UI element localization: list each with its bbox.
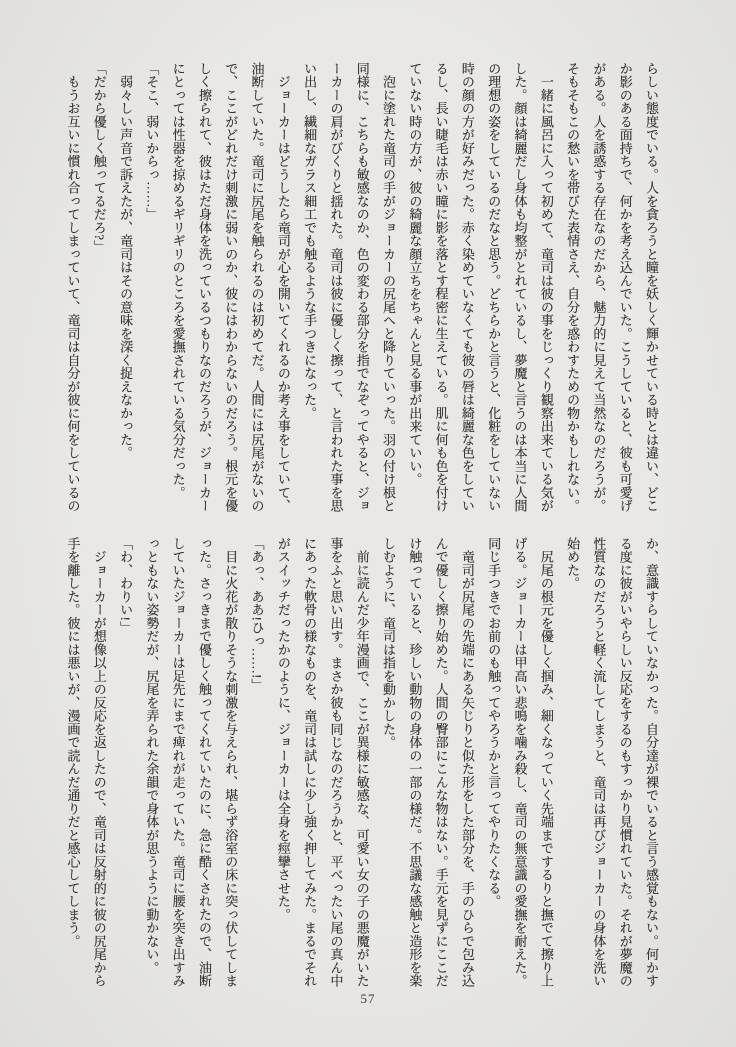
text-line: げる。ジョーカーは甲高い悲鳴を噛み殺し、竜司の無意識の愛撫を耐えた。 [506, 537, 532, 992]
text-line: しく擦られて、彼はただ身体を洗っているつもりなのだろうが、ジョーカー [191, 62, 217, 517]
text-line: か、意識すらしていなかった。自分達が裸でいると言う感覚もない。何かす [638, 537, 664, 992]
text-line: ーカーの肩がびくりと揺れた。竜司は彼に優しく擦って、と言われた事を思 [322, 62, 348, 517]
text-line: 「わ、わりい!」 [112, 537, 138, 992]
text-line: る度に彼がいやらしい反応をするのもすっかり見慣れていた。それが夢魔の [611, 537, 637, 992]
text-line: 一緒に風呂に入って初めて、竜司は彼の事をじっくり観察出来ている気が [533, 62, 559, 517]
text-line: 同様に、こちらも敏感なのか、色の変わる部分を指でなぞってやると、ジョ [348, 62, 374, 517]
lower-text-block: か、意識すらしていなかった。自分達が裸でいると言う感覚もない。何かす る度に彼が… [58, 537, 664, 995]
text-line: で、ここがどれだけ刺激に弱いのか、彼にはわからないのだろう。根元を優 [217, 62, 243, 517]
text-line: 時の顔の方が好みだった。赤く染めていなくても彼の唇は綺麗な色をしてい [454, 62, 480, 517]
text-line: 「だから優しく触ってるだろ?」 [85, 62, 111, 517]
text-line: 竜司が尻尾の先端にある矢じりと似た形をした部分を、手のひらで包み込 [454, 537, 480, 992]
text-line: した。顔は綺麗だし身体も均整がとれているし、夢魔と言うのは本当に人間 [506, 62, 532, 517]
scanned-book-page: らしい態度でいる。人を貪ろうと瞳を妖しく輝かせている時とは違い、どこ か影のある… [0, 0, 736, 1047]
text-line: らしい態度でいる。人を貪ろうと瞳を妖しく輝かせている時とは違い、どこ [638, 62, 664, 517]
text-line: がある。人を誘惑する存在なのだから、魅力的に見えて当然なのだろうが。 [585, 62, 611, 517]
text-line: 弱々しい声音で訴えたが、竜司はその意味を深く捉えなかった。 [112, 62, 138, 517]
text-line: 泡に塗れた竜司の手がジョーカーの尻尾へと降りていった。羽の付け根と [375, 62, 401, 517]
text-line: ジョーカーが想像以上の反応を返したので、竜司は反射的に彼の尻尾から [85, 537, 111, 992]
text-line: の理想の姿をしているのだなと思う。どちらかと言うと、化粧をしていない [480, 62, 506, 517]
text-line: にあった軟骨の様なものを、竜司は試しに少し強く押してみた。まるでそれ [296, 537, 322, 992]
text-line: 尻尾の根元を優しく掴み、細くなっていく先端までするりと撫でて擦り上 [533, 537, 559, 992]
text-line: 「そこ、弱いからっ……」 [138, 62, 164, 517]
text-line: にとっては性器を掠めるギリギリのところを愛撫されている気分だった。 [164, 62, 190, 517]
text-line: った。さっきまで優しく触ってくれていたのに、急に酷くされたので、油断 [191, 537, 217, 992]
text-line: っともない姿勢だが、尻尾を弄られた余韻で身体が思うように動かない。 [138, 537, 164, 992]
text-line: るし、長い睫毛は赤い瞳に影を落とす程密に生えている。肌に何も色を付け [427, 62, 453, 517]
text-line: 前に読んだ少年漫画で、ここが異様に敏感な、可愛い女の子の悪魔がいた [348, 537, 374, 992]
text-line: 手を離した。彼には悪いが、漫画で読んだ通りだと感心してしまう。 [59, 537, 85, 992]
text-line: 油断していた。竜司に尻尾を触られるのは初めてだ。人間には尻尾がないの [243, 62, 269, 517]
text-line: 性質なのだろうと軽く流してしまうと、竜司は再びジョーカーの身体を洗い [585, 537, 611, 992]
text-line: ジョーカーはどうしたら竜司が心を開いてくれるのか考え事をしていて、 [270, 62, 296, 517]
upper-text-block: らしい態度でいる。人を貪ろうと瞳を妖しく輝かせている時とは違い、どこ か影のある… [58, 62, 664, 520]
text-line: そもそもこの愁いを帯びた表情さえ、自分を惑わすための物かもしれない。 [559, 62, 585, 517]
text-line: 「あっ、ああ!ひっ……!」 [243, 537, 269, 992]
text-line: け触っていると、珍しい動物の身体の一部の様だ。不思議な感触と造形を楽 [401, 537, 427, 992]
page-number: 57 [0, 991, 736, 1007]
text-line: していたジョーカーは足先にまで痺れが走っていた。竜司に腰を突き出すみ [164, 537, 190, 992]
text-line: 目に火花が散りそうな刺激を与えられ、堪らず浴室の床に突っ伏してしま [217, 537, 243, 992]
text-line: 同じ手つきでお前のも触ってやろうかと言ってやりたくなる。 [480, 537, 506, 992]
text-line: 始めた。 [559, 537, 585, 992]
text-line: ていない時の方が、彼の綺麗な顔立ちをちゃんと見る事が出来ていい。 [401, 62, 427, 517]
text-line: しむように、竜司は指を動かした。 [375, 537, 401, 992]
text-line: い出し、繊細なガラス細工でも触るような手つきになった。 [296, 62, 322, 517]
text-line: がスイッチだったかのように、ジョーカーは全身を痙攣させた。 [270, 537, 296, 992]
text-line: もうお互いに慣れ合ってしまっていて、竜司は自分が彼に何をしているの [59, 62, 85, 517]
text-line: か影のある面持ちで、何かを考え込んでいた。こうしていると、彼も可愛げ [611, 62, 637, 517]
text-line: んで優しく擦り始めた。人間の臀部にこんな物はない。手元を見ずにここだ [427, 537, 453, 992]
text-line: 事をふと思い出す。まさか彼も同じなのだろうかと、平べったい尾の真ん中 [322, 537, 348, 992]
